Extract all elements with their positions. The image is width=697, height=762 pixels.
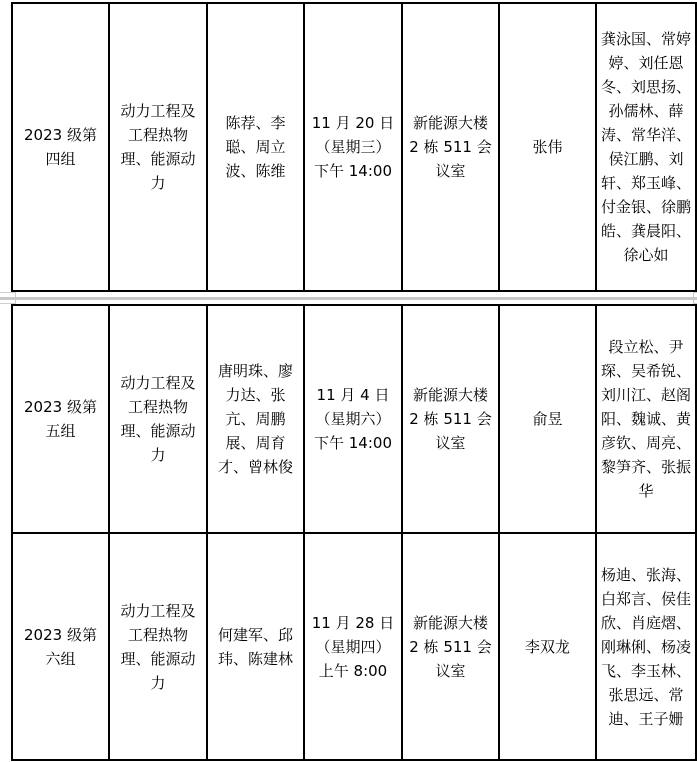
page-break-line bbox=[0, 297, 697, 300]
teachers-cell: 何建军、邱玮、陈建林 bbox=[207, 533, 304, 760]
time: 下午 14:00 bbox=[309, 431, 397, 455]
teachers: 唐明珠、廖力达、张亢、周鹏展、周育才、曾林俊 bbox=[212, 359, 299, 479]
table-row: 2023 级第五组 动力工程及工程热物理、能源动力 唐明珠、廖力达、张亢、周鹏展… bbox=[12, 305, 696, 533]
location: 新能源大楼 2 栋 511 会议室 bbox=[407, 611, 494, 683]
datetime-cell: 11 月 20 日 （星期三） 下午 14:00 bbox=[304, 3, 402, 291]
major: 动力工程及工程热物理、能源动力 bbox=[114, 371, 202, 467]
weekday: （星期三） bbox=[309, 135, 397, 159]
secretary: 俞昱 bbox=[504, 407, 591, 431]
secretary-cell: 李双龙 bbox=[499, 533, 596, 760]
datetime-cell: 11 月 4 日 （星期六） 下午 14:00 bbox=[304, 305, 402, 533]
major-cell: 动力工程及工程热物理、能源动力 bbox=[109, 3, 207, 291]
teachers-cell: 唐明珠、廖力达、张亢、周鹏展、周育才、曾林俊 bbox=[207, 305, 304, 533]
teachers: 陈荐、李聪、周立波、陈维 bbox=[212, 111, 299, 183]
table-row: 2023 级第六组 动力工程及工程热物理、能源动力 何建军、邱玮、陈建林 11 … bbox=[12, 533, 696, 760]
page-break-separator bbox=[0, 292, 697, 304]
group-name: 2023 级第五组 bbox=[17, 395, 104, 443]
secretary-cell: 张伟 bbox=[499, 3, 596, 291]
students-cell: 段立松、尹琛、吴希锐、刘川江、赵阁阳、魏诚、黄彦钦、周亮、黎笋齐、张振华 bbox=[596, 305, 696, 533]
major: 动力工程及工程热物理、能源动力 bbox=[114, 99, 202, 195]
group-name: 2023 级第六组 bbox=[17, 623, 104, 671]
teachers: 何建军、邱玮、陈建林 bbox=[212, 623, 299, 671]
page-break-right-edge bbox=[693, 292, 697, 304]
location: 新能源大楼 2 栋 511 会议室 bbox=[407, 111, 494, 183]
datetime-cell: 11 月 28 日 （星期四） 上午 8:00 bbox=[304, 533, 402, 760]
group-cell: 2023 级第四组 bbox=[12, 3, 109, 291]
date: 11 月 20 日 bbox=[309, 111, 397, 135]
teachers-cell: 陈荐、李聪、周立波、陈维 bbox=[207, 3, 304, 291]
location-cell: 新能源大楼 2 栋 511 会议室 bbox=[402, 3, 499, 291]
students-cell: 龚泳国、常婷婷、刘任恩冬、刘思扬、孙儒林、薛涛、常华洋、侯江鹏、刘轩、郑玉峰、付… bbox=[596, 3, 696, 291]
students: 段立松、尹琛、吴希锐、刘川江、赵阁阳、魏诚、黄彦钦、周亮、黎笋齐、张振华 bbox=[601, 335, 691, 503]
defense-schedule-table-page2: 2023 级第五组 动力工程及工程热物理、能源动力 唐明珠、廖力达、张亢、周鹏展… bbox=[11, 304, 697, 761]
group-cell: 2023 级第六组 bbox=[12, 533, 109, 760]
defense-schedule-table-page1: 2023 级第四组 动力工程及工程热物理、能源动力 陈荐、李聪、周立波、陈维 1… bbox=[11, 2, 697, 292]
date: 11 月 4 日 bbox=[309, 383, 397, 407]
secretary: 李双龙 bbox=[504, 635, 591, 659]
secretary-cell: 俞昱 bbox=[499, 305, 596, 533]
students-cell: 杨迪、张海、白郑言、侯佳欣、肖庭熠、刚琳俐、杨凌飞、李玉林、张思远、常迪、王子姗 bbox=[596, 533, 696, 760]
major-cell: 动力工程及工程热物理、能源动力 bbox=[109, 305, 207, 533]
group-cell: 2023 级第五组 bbox=[12, 305, 109, 533]
secretary: 张伟 bbox=[504, 135, 591, 159]
weekday: （星期四） bbox=[309, 635, 397, 659]
location-cell: 新能源大楼 2 栋 511 会议室 bbox=[402, 533, 499, 760]
students: 杨迪、张海、白郑言、侯佳欣、肖庭熠、刚琳俐、杨凌飞、李玉林、张思远、常迪、王子姗 bbox=[601, 563, 691, 731]
time: 下午 14:00 bbox=[309, 159, 397, 183]
time: 上午 8:00 bbox=[309, 659, 397, 683]
major-cell: 动力工程及工程热物理、能源动力 bbox=[109, 533, 207, 760]
group-name: 2023 级第四组 bbox=[17, 123, 104, 171]
date: 11 月 28 日 bbox=[309, 611, 397, 635]
table-row: 2023 级第四组 动力工程及工程热物理、能源动力 陈荐、李聪、周立波、陈维 1… bbox=[12, 3, 696, 291]
location-cell: 新能源大楼 2 栋 511 会议室 bbox=[402, 305, 499, 533]
location: 新能源大楼 2 栋 511 会议室 bbox=[407, 383, 494, 455]
weekday: （星期六） bbox=[309, 407, 397, 431]
major: 动力工程及工程热物理、能源动力 bbox=[114, 599, 202, 695]
students: 龚泳国、常婷婷、刘任恩冬、刘思扬、孙儒林、薛涛、常华洋、侯江鹏、刘轩、郑玉峰、付… bbox=[601, 27, 691, 267]
